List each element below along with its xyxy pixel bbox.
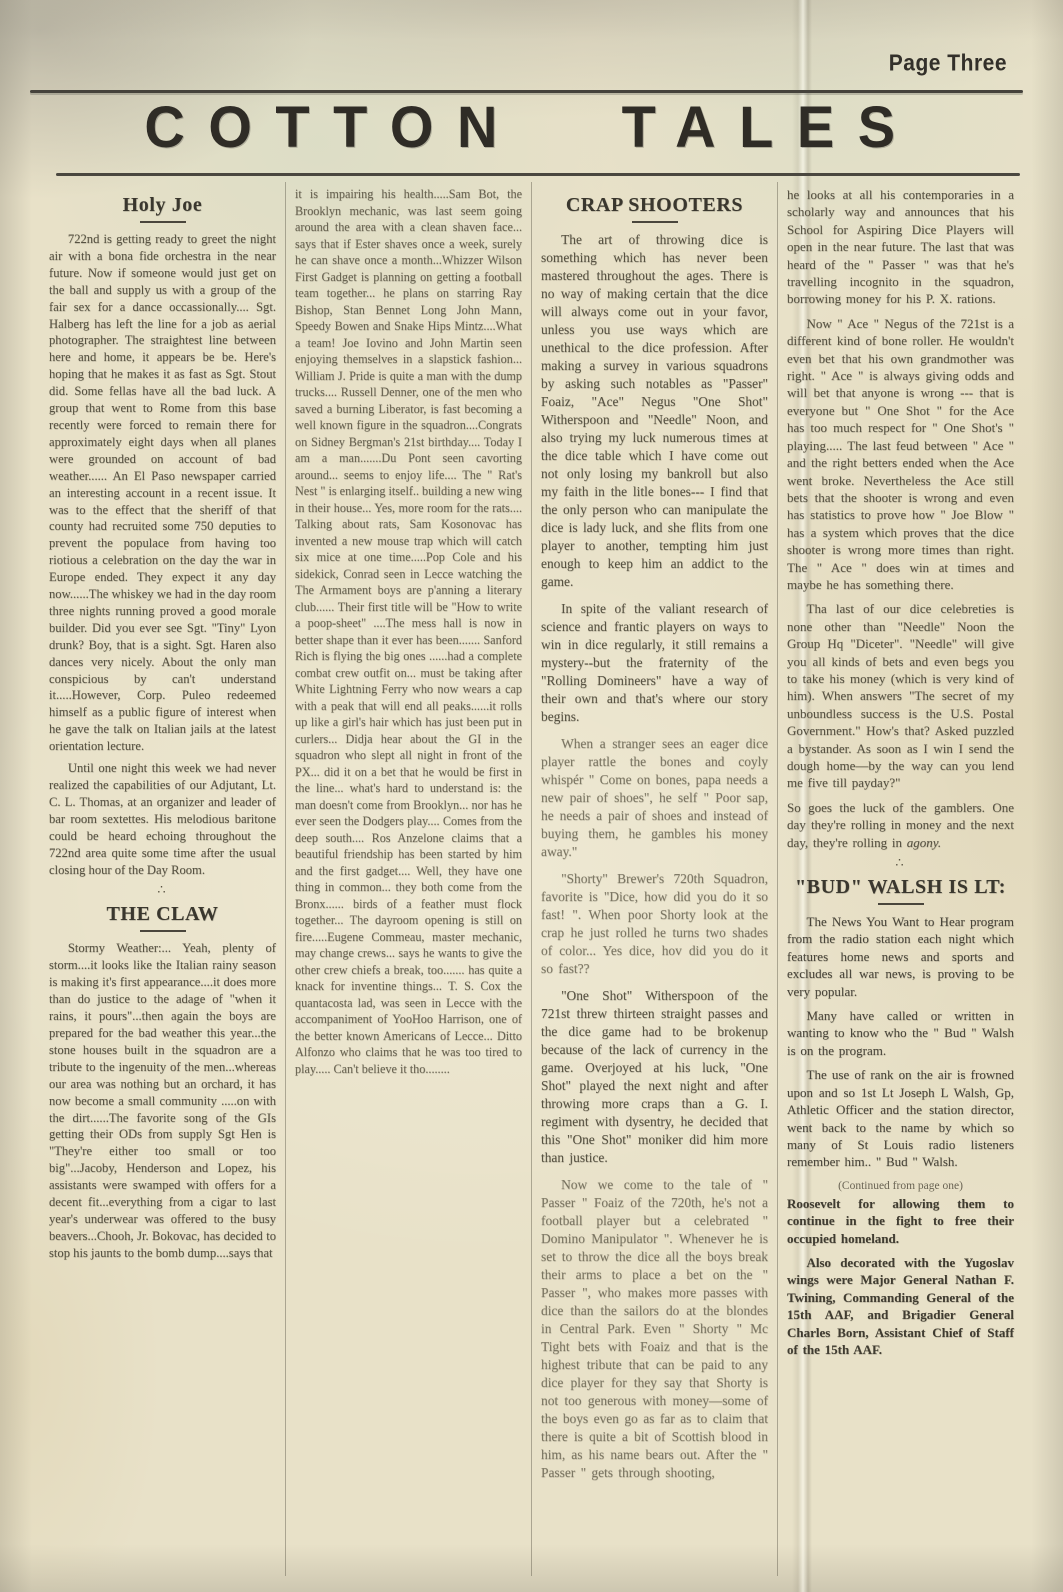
- columns: Holy Joe 722nd is getting ready to greet…: [40, 182, 1023, 1576]
- article-heading-crap-shooters: CRAP SHOOTERS: [541, 194, 768, 217]
- page-number: Page Three: [889, 51, 1007, 78]
- italic-word: agony.: [907, 835, 941, 850]
- article-heading-the-claw: THE CLAW: [49, 903, 276, 926]
- paragraph-text: So goes the luck of the gamblers. One da…: [787, 800, 1014, 850]
- masthead-rule: [56, 173, 1020, 176]
- paragraph: "One Shot" Witherspoon of the 721st thre…: [541, 987, 768, 1167]
- paragraph: 722nd is getting ready to greet the nigh…: [49, 231, 276, 755]
- paragraph: Stormy Weather:... Yeah, plenty of storm…: [49, 940, 276, 1261]
- paragraph: The News You Want to Hear program from t…: [787, 913, 1014, 1000]
- paragraph: Until one night this week we had never r…: [49, 760, 276, 878]
- column-1: Holy Joe 722nd is getting ready to greet…: [40, 182, 285, 1576]
- paragraph: So goes the luck of the gamblers. One da…: [787, 799, 1014, 851]
- newspaper-page: Page Three COTTON TALES Holy Joe 722nd i…: [0, 0, 1063, 1592]
- heading-underline: [140, 221, 186, 223]
- heading-underline: [878, 903, 924, 905]
- column-2: it is impairing his health.....Sam Bot, …: [285, 182, 531, 1576]
- paragraph: it is impairing his health.....Sam Bot, …: [295, 186, 522, 1077]
- column-4: he looks at all his contemporaries in a …: [777, 182, 1023, 1576]
- paragraph: The art of throwing dice is something wh…: [541, 231, 768, 591]
- paragraph: he looks at all his contemporaries in a …: [787, 186, 1014, 308]
- column-3: CRAP SHOOTERS The art of throwing dice i…: [531, 182, 777, 1576]
- heading-underline: [632, 221, 678, 223]
- paragraph: Also decorated with the Yugoslav wings w…: [787, 1254, 1014, 1358]
- paragraph: The use of rank on the air is frowned up…: [787, 1066, 1014, 1170]
- paragraph: Now we come to the tale of " Passer " Fo…: [541, 1176, 768, 1482]
- paragraph: When a stranger sees an eager dice playe…: [541, 735, 768, 861]
- paragraph: In spite of the valiant research of scie…: [541, 600, 768, 726]
- paragraph: Tha last of our dice celebreties is none…: [787, 600, 1014, 791]
- continued-from-note: (Continued from page one): [787, 1180, 1014, 1192]
- paragraph: Now " Ace " Negus of the 721st is a diff…: [787, 315, 1014, 594]
- article-heading-bud-walsh: "BUD" WALSH IS LT:: [787, 876, 1014, 899]
- paragraph: "Shorty" Brewer's 720th Squadron, favori…: [541, 870, 768, 978]
- paragraph: Roosevelt for allowing them to continue …: [787, 1195, 1014, 1247]
- paragraph: Many have called or written in wanting t…: [787, 1007, 1014, 1059]
- article-heading-holy-joe: Holy Joe: [49, 194, 276, 217]
- heading-underline: [140, 930, 186, 932]
- masthead-title: COTTON TALES: [0, 93, 1063, 161]
- section-divider: ∴: [49, 885, 276, 895]
- section-divider: ∴: [787, 858, 1014, 868]
